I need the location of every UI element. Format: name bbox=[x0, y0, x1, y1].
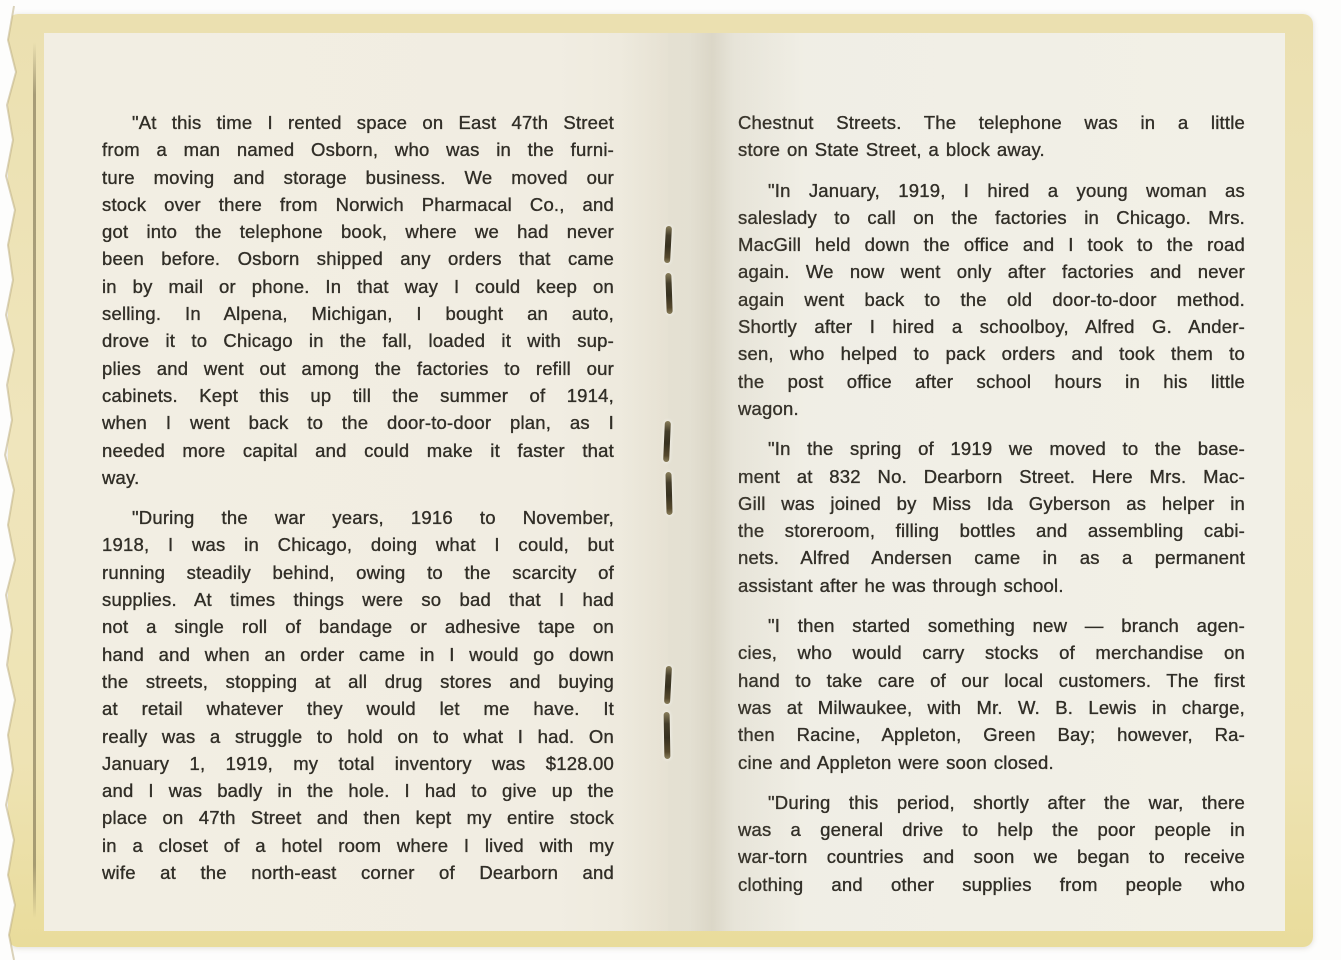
page-stack-shadow bbox=[33, 42, 36, 918]
text-line: clothing and other supplies from people … bbox=[738, 871, 1245, 898]
text-line: cies, who would carry stocks of merchand… bbox=[738, 639, 1245, 666]
text-line: really was a struggle to hold on to what… bbox=[102, 723, 614, 750]
text-line: war-torn countries and soon we began to … bbox=[738, 843, 1245, 870]
text-line: the post office after school hours in hi… bbox=[738, 368, 1245, 395]
paragraph: "During this period, shortly after the w… bbox=[738, 789, 1245, 898]
text-line: again went back to the old door-to-door … bbox=[738, 286, 1245, 313]
text-line: way. bbox=[102, 464, 614, 491]
text-line: January 1, 1919, my total inventory was … bbox=[102, 750, 614, 777]
text-line: then Racine, Appleton, Green Bay; howeve… bbox=[738, 721, 1245, 748]
scanned-booklet: "At this time I rented space on East 47t… bbox=[0, 0, 1341, 960]
text-line: the streets, stopping at all drug stores… bbox=[102, 668, 614, 695]
text-line: in a closet of a hotel room where I live… bbox=[102, 832, 614, 859]
paragraph: "I then started something new — branch a… bbox=[738, 612, 1245, 776]
text-line: and I was badly in the hole. I had to gi… bbox=[102, 777, 614, 804]
text-line: MacGill held down the office and I took … bbox=[738, 231, 1245, 258]
text-line: sen, who helped to pack orders and took … bbox=[738, 340, 1245, 367]
text-line: ment at 832 No. Dearborn Street. Here Mr… bbox=[738, 463, 1245, 490]
text-line: drove it to Chicago in the fall, loaded … bbox=[102, 327, 614, 354]
paragraph: "In the spring of 1919 we moved to the b… bbox=[738, 435, 1245, 599]
text-line: when I went back to the door-to-door pla… bbox=[102, 409, 614, 436]
text-line: selling. In Alpena, Michigan, I bought a… bbox=[102, 300, 614, 327]
booklet-spread: "At this time I rented space on East 47t… bbox=[44, 33, 1285, 931]
text-line: 1918, I was in Chicago, doing what I cou… bbox=[102, 531, 614, 558]
text-line: plies and went out among the factories t… bbox=[102, 355, 614, 382]
staple-mark bbox=[665, 472, 672, 515]
paragraph: "At this time I rented space on East 47t… bbox=[102, 109, 614, 491]
text-line: nets. Alfred Andersen came in as a perma… bbox=[738, 544, 1245, 571]
text-line: cabinets. Kept this up till the summer o… bbox=[102, 382, 614, 409]
text-line: "I then started something new — branch a… bbox=[738, 612, 1245, 639]
paragraph: "In January, 1919, I hired a young woman… bbox=[738, 177, 1245, 423]
text-line: stock over there from Norwich Pharmacal … bbox=[102, 191, 614, 218]
text-line: Shortly after I hired a schoolboy, Alfre… bbox=[738, 313, 1245, 340]
text-line: "At this time I rented space on East 47t… bbox=[102, 109, 614, 136]
text-line: at retail whatever they would let me hav… bbox=[102, 695, 614, 722]
text-line: not a single roll of bandage or adhesive… bbox=[102, 613, 614, 640]
text-line: from a man named Osborn, who was in the … bbox=[102, 136, 614, 163]
text-line: got into the telephone book, where we ha… bbox=[102, 218, 614, 245]
text-line: place on 47th Street and then kept my en… bbox=[102, 804, 614, 831]
text-line: "During the war years, 1916 to November, bbox=[102, 504, 614, 531]
text-line: hand to take care of our local customers… bbox=[738, 667, 1245, 694]
paragraph: Chestnut Streets. The telephone was in a… bbox=[738, 109, 1245, 164]
text-line: Gill was joined by Miss Ida Gyberson as … bbox=[738, 490, 1245, 517]
text-line: wife at the north-east corner of Dearbor… bbox=[102, 859, 614, 886]
text-line: cine and Appleton were soon closed. bbox=[738, 749, 1245, 776]
text-line: saleslady to call on the factories in Ch… bbox=[738, 204, 1245, 231]
text-line: was at Milwaukee, with Mr. W. B. Lewis i… bbox=[738, 694, 1245, 721]
paragraph: "During the war years, 1916 to November,… bbox=[102, 504, 614, 886]
page-left-text: "At this time I rented space on East 47t… bbox=[102, 109, 614, 886]
text-line: ture moving and storage business. We mov… bbox=[102, 164, 614, 191]
text-line: been before. Osborn shipped any orders t… bbox=[102, 245, 614, 272]
text-line: supplies. At times things were so bad th… bbox=[102, 586, 614, 613]
staple-mark bbox=[664, 712, 671, 759]
text-line: again. We now went only after factories … bbox=[738, 258, 1245, 285]
text-line: the storeroom, filling bottles and assem… bbox=[738, 517, 1245, 544]
text-line: was a general drive to help the poor peo… bbox=[738, 816, 1245, 843]
text-line: "During this period, shortly after the w… bbox=[738, 789, 1245, 816]
text-line: running steadily behind, owing to the sc… bbox=[102, 559, 614, 586]
text-line: hand and when an order came in I would g… bbox=[102, 641, 614, 668]
text-line: needed more capital and could make it fa… bbox=[102, 437, 614, 464]
text-line: wagon. bbox=[738, 395, 1245, 422]
text-line: in by mail or phone. In that way I could… bbox=[102, 273, 614, 300]
page-left: "At this time I rented space on East 47t… bbox=[44, 33, 668, 931]
text-line: "In the spring of 1919 we moved to the b… bbox=[738, 435, 1245, 462]
text-line: assistant after he was through school. bbox=[738, 572, 1245, 599]
deckled-edge bbox=[0, 0, 48, 960]
text-line: store on State Street, a block away. bbox=[738, 136, 1245, 163]
page-right: Chestnut Streets. The telephone was in a… bbox=[668, 33, 1285, 931]
text-line: Chestnut Streets. The telephone was in a… bbox=[738, 109, 1245, 136]
page-right-text: Chestnut Streets. The telephone was in a… bbox=[738, 109, 1245, 898]
text-line: "In January, 1919, I hired a young woman… bbox=[738, 177, 1245, 204]
